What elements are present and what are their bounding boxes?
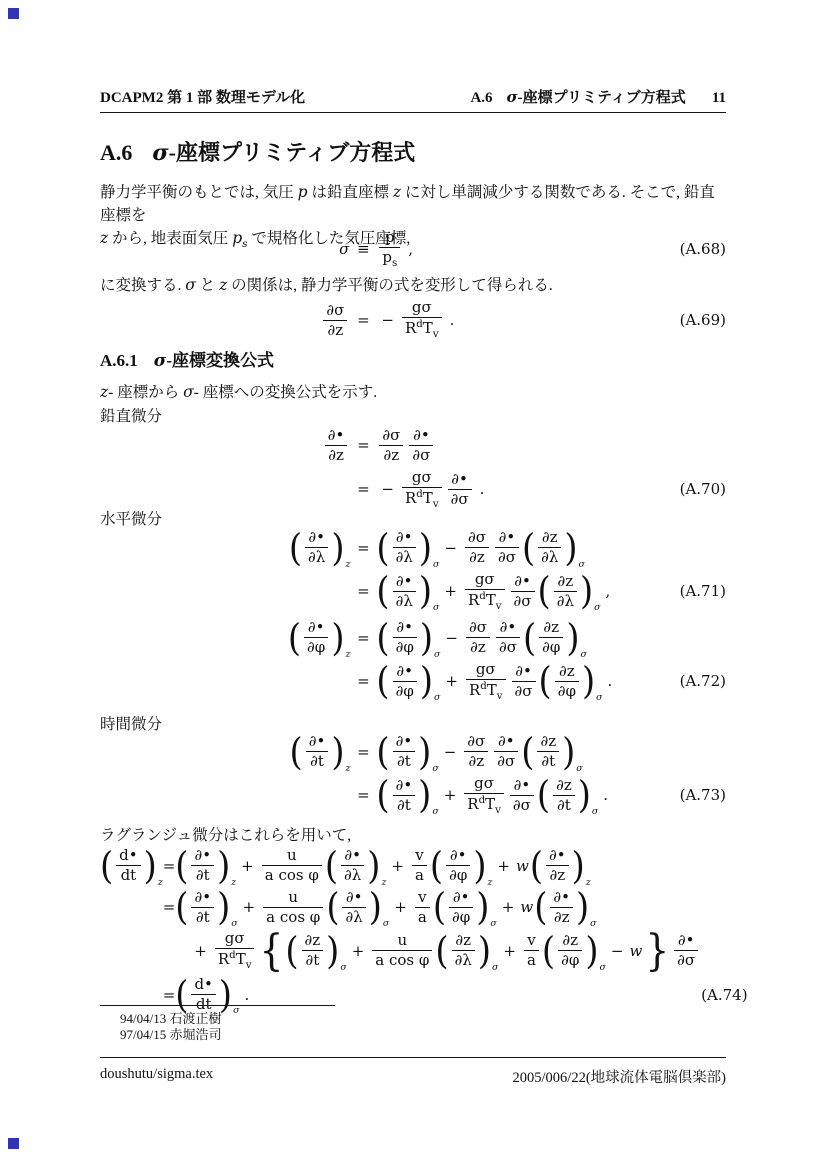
header-section-title: σ-座標プリミティブ方程式 (507, 86, 686, 107)
equation-A69: ∂σ∂z=−gσRdTv.(A.69) (100, 297, 726, 343)
footer-rule (100, 1057, 726, 1058)
page-number: 11 (712, 90, 726, 107)
section-number: A.6 (100, 140, 132, 165)
equation-A74: (d•dt)z=(∂•∂t)z+ua cos φ(∂•∂λ)z+va(∂•∂φ)… (100, 845, 726, 1015)
header-rule (100, 112, 726, 113)
footnote-line: 97/04/15 赤堀浩司 (120, 1027, 726, 1043)
equation-A71: (∂•∂λ)z=(∂•∂λ)σ−∂σ∂z∂•∂σ(∂z∂λ)σ=(∂•∂λ)σ+… (100, 527, 726, 614)
convert-paragraph: に変換する. σ と z の関係は, 静力学平衡の式を変形して得られる. (100, 274, 726, 297)
equation-A68: σ≡pps,(A.68) (100, 226, 726, 272)
equation-A70: ∂•∂z=∂σ∂z∂•∂σ=−gσRdTv∂•∂σ.(A.70) (100, 424, 726, 512)
label-horizontal-derivative: 水平微分 (100, 507, 726, 529)
nav-marker-bottom-icon[interactable] (8, 1138, 19, 1149)
document-page: DCAPM2 第 1 部 数理モデル化 A.6 σ-座標プリミティブ方程式 11… (100, 0, 726, 1169)
subsection-heading: A.6.1σ-座標変換公式 (100, 346, 726, 371)
page-header: DCAPM2 第 1 部 数理モデル化 A.6 σ-座標プリミティブ方程式 11 (100, 86, 726, 107)
label-lagrange-derivative: ラグランジュ微分はこれらを用いて, (100, 823, 726, 845)
header-left-title: DCAPM2 第 1 部 数理モデル化 (100, 86, 305, 107)
equation-A73: (∂•∂t)z=(∂•∂t)σ−∂σ∂z∂•∂σ(∂z∂t)σ=(∂•∂t)σ+… (100, 731, 726, 818)
subsection-title: σ-座標変換公式 (154, 351, 274, 370)
page-footer: doushutu/sigma.tex 2005/006/22(地球流体電脳倶楽部… (100, 1066, 726, 1087)
footer-credit: 2005/006/22(地球流体電脳倶楽部) (513, 1066, 726, 1087)
header-section-number: A.6 (470, 90, 492, 107)
subsection-intro: z- 座標から σ- 座標への変換公式を示す. (100, 381, 726, 404)
footnote-line: 94/04/13 石渡正樹 (120, 1011, 726, 1027)
footer-filename: doushutu/sigma.tex (100, 1066, 213, 1087)
footnote-rule (100, 1005, 335, 1006)
equation-A72: (∂•∂φ)z=(∂•∂φ)σ−∂σ∂z∂•∂σ(∂z∂φ)σ=(∂•∂φ)σ+… (100, 617, 726, 704)
nav-marker-top-icon[interactable] (8, 8, 19, 19)
section-title: σ-座標プリミティブ方程式 (152, 140, 415, 165)
section-heading: A.6σ-座標プリミティブ方程式 (100, 136, 726, 167)
subsection-number: A.6.1 (100, 351, 138, 370)
label-vertical-derivative: 鉛直微分 (100, 404, 726, 426)
footnotes: 94/04/13 石渡正樹 97/04/15 赤堀浩司 (100, 1011, 726, 1043)
header-right: A.6 σ-座標プリミティブ方程式 11 (470, 86, 726, 107)
